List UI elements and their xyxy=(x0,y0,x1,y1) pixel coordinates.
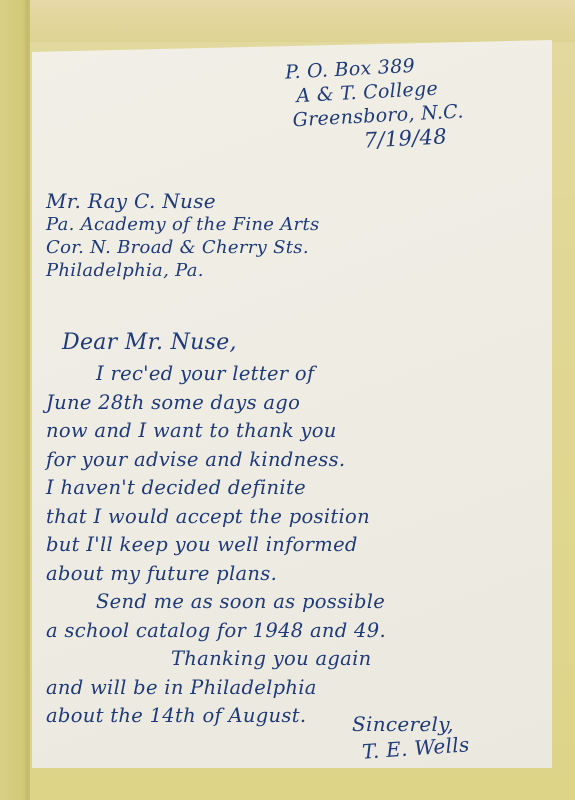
addressee-street: Cor. N. Broad & Cherry Sts. xyxy=(46,236,320,259)
body-line: and will be in Philadelphia xyxy=(46,674,386,703)
addressee-organization: Pa. Academy of the Fine Arts xyxy=(46,213,320,236)
body-line: about the 14th of August. xyxy=(46,702,386,731)
body-line: I rec'ed your letter of xyxy=(46,360,386,389)
addressee-name: Mr. Ray C. Nuse xyxy=(46,190,320,213)
body-line: for your advise and kindness. xyxy=(46,446,386,475)
letter-heading: P. O. Box 389 A & T. College Greensboro,… xyxy=(285,51,466,156)
addressee-city: Philadelphia, Pa. xyxy=(46,259,320,282)
folder-background-top xyxy=(0,0,575,42)
body-line: now and I want to thank you xyxy=(46,417,386,446)
body-line: I haven't decided definite xyxy=(46,474,386,503)
letter-paper: P. O. Box 389 A & T. College Greensboro,… xyxy=(32,40,552,768)
body-line: June 28th some days ago xyxy=(46,389,386,418)
body-line: Send me as soon as possible xyxy=(46,588,386,617)
heading-date: 7/19/48 xyxy=(363,123,465,152)
body-line: a school catalog for 1948 and 49. xyxy=(46,617,386,646)
body-line: that I would accept the position xyxy=(46,503,386,532)
folder-crease xyxy=(28,0,30,800)
salutation: Dear Mr. Nuse, xyxy=(62,330,237,355)
body-line: Thanking you again xyxy=(46,645,386,674)
body-line: but I'll keep you well informed xyxy=(46,531,386,560)
signature-block: Sincerely, T. E. Wells xyxy=(352,712,470,760)
addressee-block: Mr. Ray C. Nuse Pa. Academy of the Fine … xyxy=(46,190,320,282)
letter-body: I rec'ed your letter of June 28th some d… xyxy=(46,360,386,731)
folder-left-edge xyxy=(0,0,30,800)
signature: T. E. Wells xyxy=(361,732,470,763)
body-line: about my future plans. xyxy=(46,560,386,589)
